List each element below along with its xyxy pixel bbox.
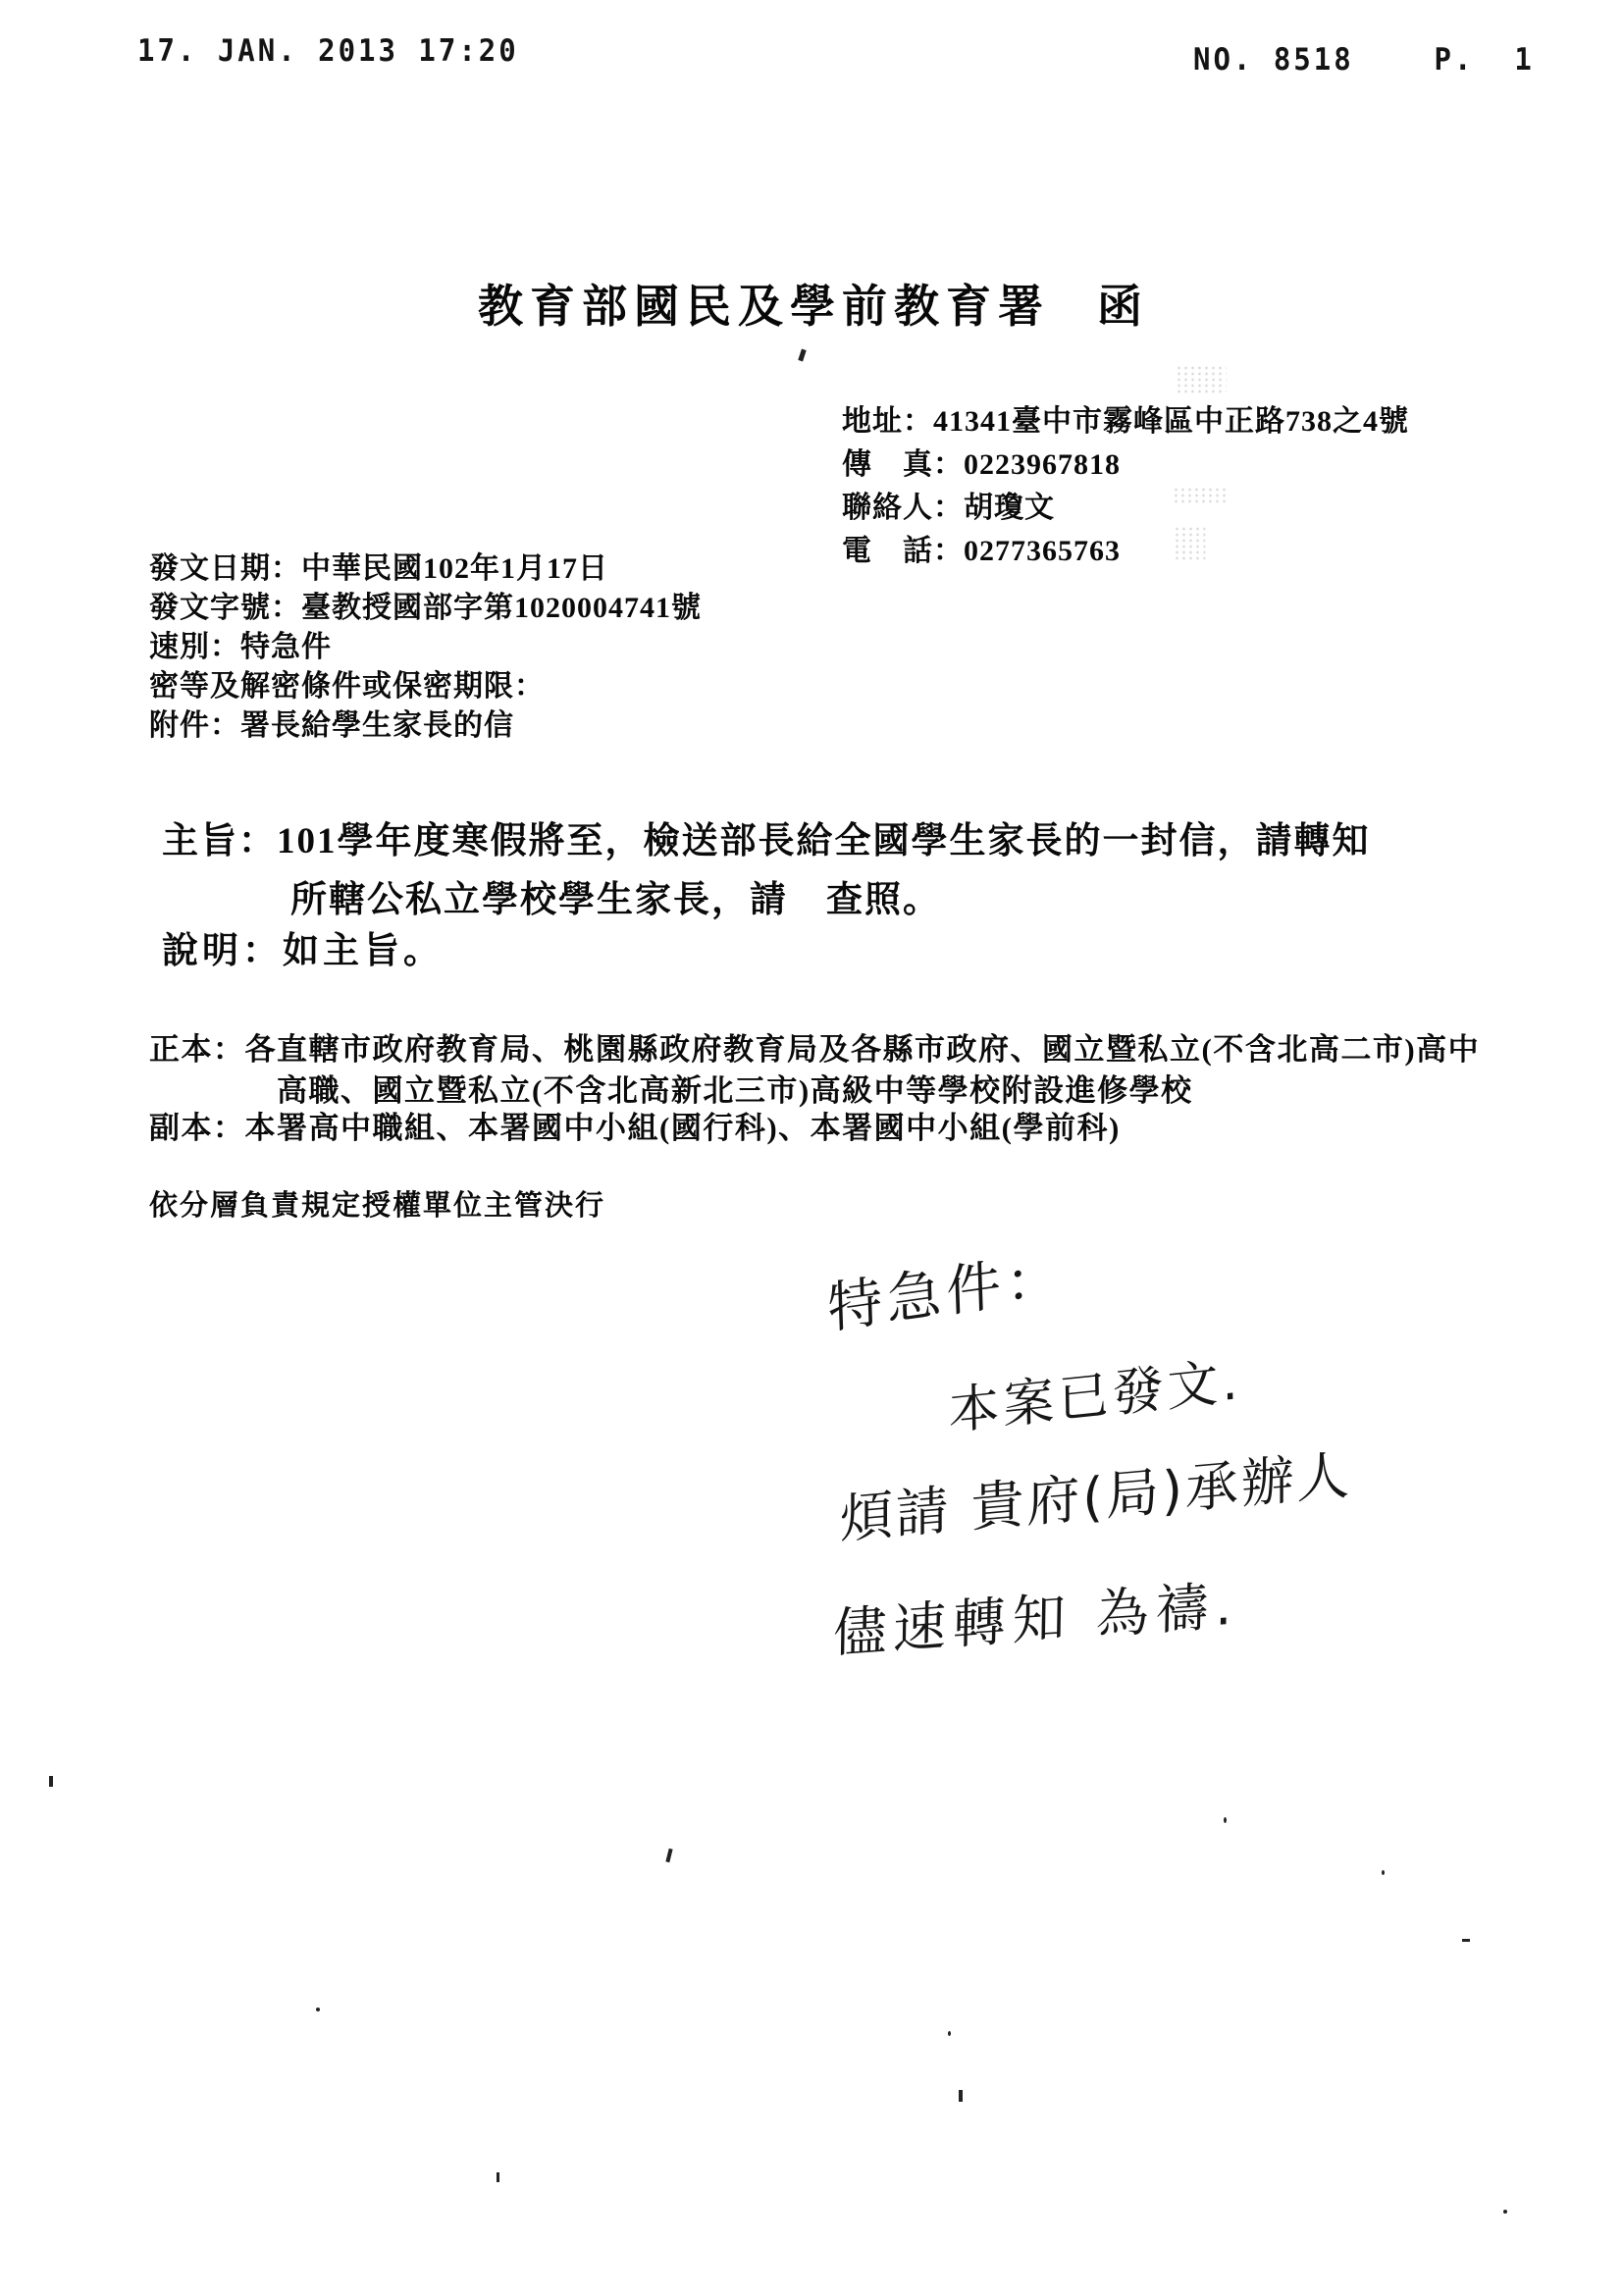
scan-noise-speck — [1462, 1939, 1470, 1942]
handwritten-note-line-3: 煩請 貴府(局)承辦人 — [840, 1433, 1352, 1553]
original-recipients-line-1: 正本：各直轄市政府教育局、桃園縣政府教育局及各縣市政府、國立暨私立(不含北高二市… — [149, 1024, 1480, 1069]
scan-noise-speck — [959, 2090, 963, 2102]
document-meta-block: 發文日期：中華民國102年1月17日 發文字號：臺教授國部字第102000474… — [149, 549, 702, 746]
scan-noise-smudge — [1176, 365, 1227, 394]
authorization-line: 依分層負責規定授權單位主管決行 — [149, 1183, 605, 1224]
phone-number-line: 電 話：0277365763 — [842, 535, 1121, 567]
priority-line: 速別：特急件 — [149, 631, 332, 663]
scan-noise-speck — [1503, 2210, 1507, 2214]
scan-noise-speck — [497, 2172, 499, 2182]
scan-noise-speck — [1382, 1870, 1385, 1875]
subject-line-1: 主旨：101學年度寒假將至，檢送部長給全國學生家長的一封信，請轉知 — [162, 810, 1371, 863]
letter-type-label: 函 — [1097, 271, 1149, 336]
copy-recipients-line: 副本：本署高中職組、本署國中小組(國行科)、本署國中小組(學前科) — [149, 1103, 1121, 1147]
scan-noise-smudge — [1173, 487, 1230, 506]
contact-person-line: 聯絡人：胡瓊文 — [842, 492, 1055, 524]
fax-timestamp: 17. JAN. 2013 17:20 — [137, 32, 519, 69]
scan-noise-speck — [948, 2031, 951, 2036]
scan-noise-speck — [49, 1776, 53, 1787]
attachment-line: 附件：署長給學生家長的信 — [149, 709, 514, 742]
handwritten-note-line-2: 本案已發文. — [948, 1339, 1242, 1444]
scan-noise-smudge — [1174, 526, 1205, 559]
agency-contact-block: 地址：41341臺中市霧峰區中正路738之4號 傳 真：0223967818 聯… — [842, 400, 1409, 573]
fax-document-page: { "fax_header": { "timestamp": "17. JAN.… — [0, 0, 1623, 2296]
address-line: 地址：41341臺中市霧峰區中正路738之4號 — [842, 405, 1409, 438]
scan-noise-speck — [665, 1849, 672, 1863]
fax-number-line: 傳 真：0223967818 — [842, 448, 1121, 481]
explanation-line: 說明：如主旨。 — [162, 920, 444, 973]
security-classification-line: 密等及解密條件或保密期限： — [149, 670, 545, 703]
issuing-agency-name: 教育部國民及學前教育署 — [478, 271, 1050, 336]
document-title: 教育部國民及學前教育署 函 — [478, 271, 1165, 336]
issue-date-line: 發文日期：中華民國102年1月17日 — [149, 552, 608, 585]
doc-number-line: 發文字號：臺教授國部字第1020004741號 — [149, 592, 702, 624]
scan-noise-speck — [798, 349, 806, 362]
handwritten-note-line-1: 特急件： — [826, 1232, 1066, 1344]
fax-page-number: NO. 8518 P. 1 — [1193, 41, 1535, 78]
handwritten-note-line-4: 儘速轉知 為禱. — [833, 1563, 1240, 1667]
subject-line-2: 所轄公私立學校學生家長，請 查照。 — [290, 869, 941, 922]
scan-noise-speck — [316, 2008, 320, 2011]
scan-noise-speck — [1224, 1817, 1227, 1823]
